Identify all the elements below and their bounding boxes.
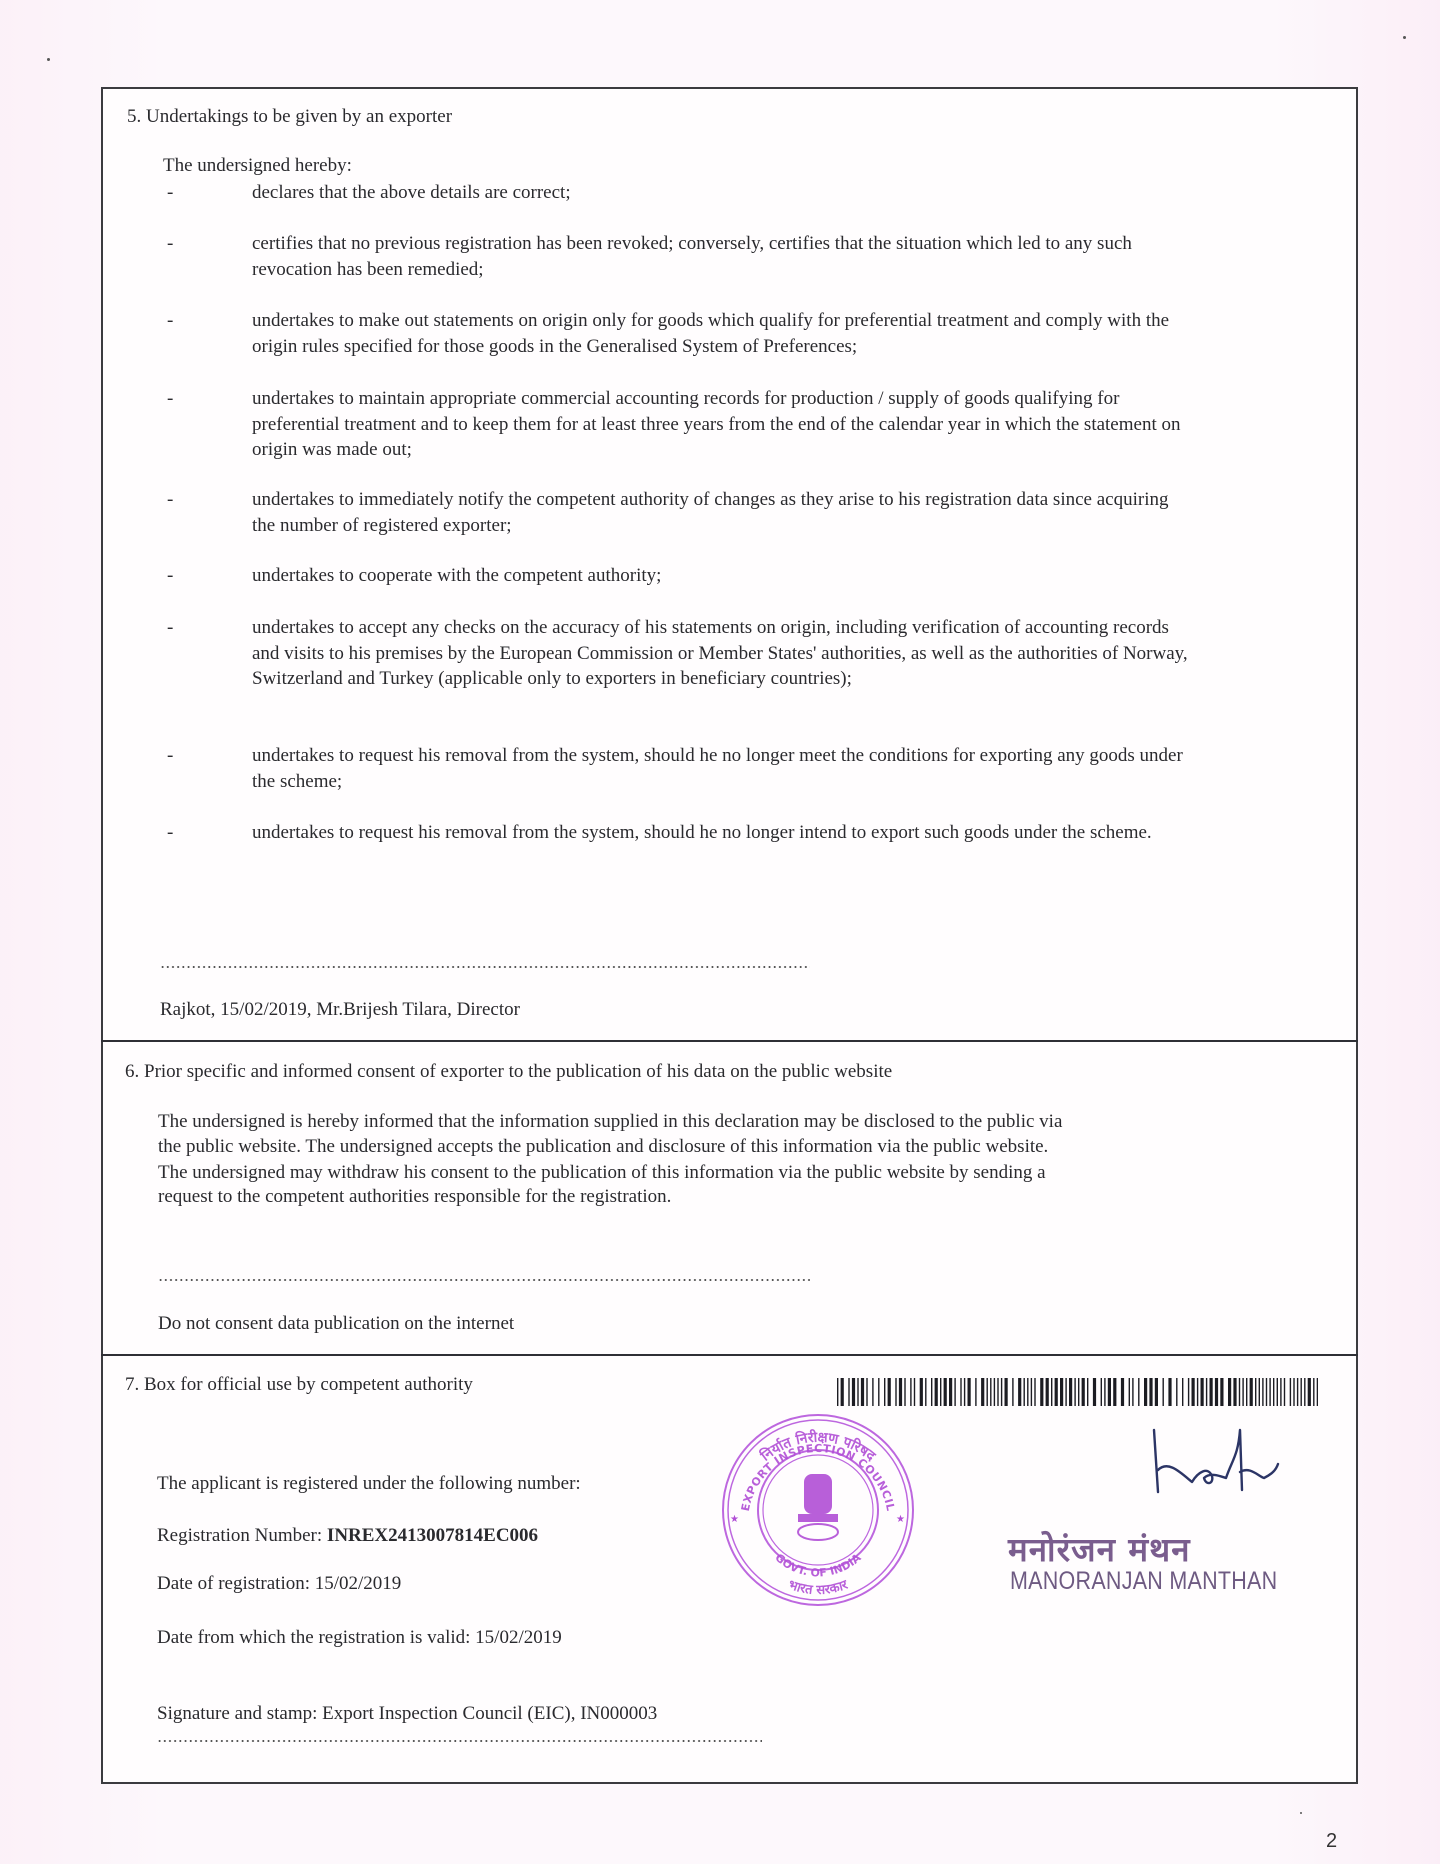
section-7-title: 7. Box for official use by competent aut… [125, 1374, 473, 1396]
section-5-intro: The undersigned hereby: [163, 155, 352, 177]
undertaking-item: undertakes to immediately notify the com… [252, 487, 1192, 538]
undertaking-item: undertakes to request his removal from t… [252, 820, 1192, 846]
section-divider [101, 1354, 1358, 1356]
handwritten-signature [1140, 1420, 1290, 1500]
bullet-marker: - [167, 182, 173, 204]
official-name-hindi: मनोरंजन मंथन [1008, 1526, 1191, 1571]
bullet-marker: - [167, 388, 173, 410]
bullet-marker: - [167, 233, 173, 255]
official-name-english: MANORANJAN MANTHAN [1010, 1567, 1277, 1596]
barcode [837, 1378, 1318, 1406]
consent-choice: Do not consent data publication on the i… [158, 1313, 514, 1335]
undertaking-item: undertakes to make out statements on ori… [252, 308, 1192, 359]
scan-speck [1403, 36, 1406, 39]
undertaking-item: certifies that no previous registration … [252, 231, 1192, 282]
svg-text:★: ★ [730, 1514, 739, 1525]
section-5-title: 5. Undertakings to be given by an export… [127, 106, 452, 128]
signature-and-stamp: Signature and stamp: Export Inspection C… [157, 1703, 657, 1725]
undertaking-item: declares that the above details are corr… [252, 180, 1192, 206]
consent-paragraph-line: The undersigned is hereby informed that … [158, 1111, 1062, 1133]
date-valid-from: Date from which the registration is vali… [157, 1627, 562, 1649]
scan-speck [1300, 1812, 1302, 1814]
bullet-marker: - [167, 617, 173, 639]
registration-number-label: Registration Number: [157, 1525, 327, 1546]
bullet-marker: - [167, 565, 173, 587]
section-6-title: 6. Prior specific and informed consent o… [125, 1061, 892, 1083]
signature-dotted-line [160, 966, 810, 968]
emblem-icon [798, 1474, 838, 1540]
exporter-signatory: Rajkot, 15/02/2019, Mr.Brijesh Tilara, D… [160, 999, 520, 1021]
page-number: 2 [1326, 1830, 1337, 1853]
section-divider [101, 1040, 1358, 1042]
consent-paragraph-line: the public website. The undersigned acce… [158, 1136, 1048, 1158]
undertaking-item: undertakes to maintain appropriate comme… [252, 386, 1192, 463]
svg-text:भारत सरकार: भारत सरकार [786, 1577, 850, 1598]
bullet-marker: - [167, 489, 173, 511]
date-of-registration: Date of registration: 15/02/2019 [157, 1573, 401, 1595]
consent-paragraph-line: The undersigned may withdraw his consent… [158, 1162, 1046, 1184]
registered-intro: The applicant is registered under the fo… [157, 1473, 581, 1495]
scan-speck [47, 58, 50, 61]
svg-text:★: ★ [896, 1514, 905, 1525]
consent-paragraph-line: request to the competent authorities res… [158, 1186, 671, 1208]
undertaking-item: undertakes to request his removal from t… [252, 743, 1192, 794]
bullet-marker: - [167, 822, 173, 844]
undertaking-item: undertakes to accept any checks on the a… [252, 615, 1192, 692]
eic-seal-stamp: निर्यात निरीक्षण परिषद EXPORT INSPECTION… [718, 1412, 918, 1608]
registration-number: Registration Number: INREX2413007814EC00… [157, 1525, 538, 1547]
bullet-marker: - [167, 310, 173, 332]
consent-dotted-line [158, 1279, 810, 1281]
bullet-marker: - [167, 745, 173, 767]
authority-dotted-line [157, 1740, 762, 1742]
undertaking-item: undertakes to cooperate with the compete… [252, 563, 1192, 589]
registration-number-value: INREX2413007814EC006 [327, 1525, 538, 1546]
